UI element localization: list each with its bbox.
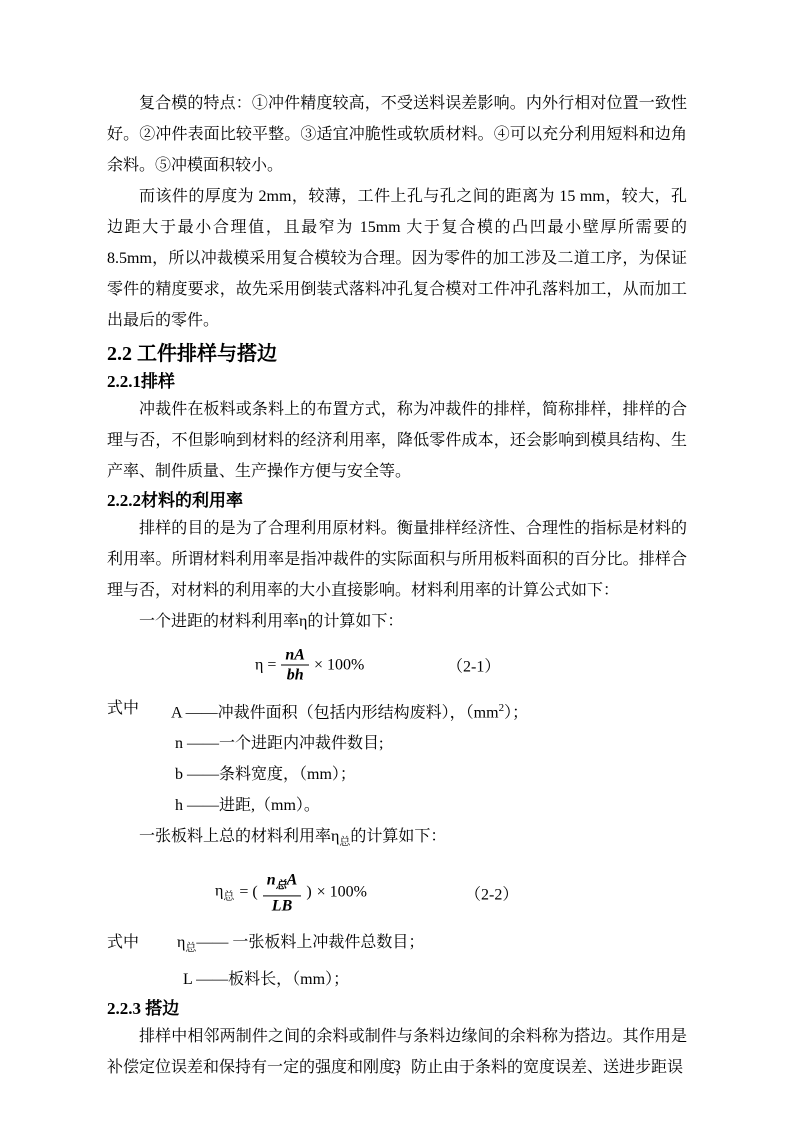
definition-A: 式中 A ——冲裁件面积（包括内形结构废料），（mm2）； [107, 693, 687, 728]
formula-2-1-numerator: nA [281, 646, 309, 665]
definition-label-shizhong: 式中 [107, 693, 139, 724]
paragraph-material-utilization: 排样的目的是为了合理利用原材料。衡量排样经济性、合理性的指标是材料的利用率。所谓… [107, 513, 687, 606]
formula-2-2-number: （2-2） [465, 881, 518, 904]
formula-2-1-fraction: nA bh [281, 646, 309, 685]
definition-eta-total: 式中 η总—— 一张板料上冲裁件总数目； [107, 927, 687, 964]
formula-2-2-lhs: η总 [215, 882, 234, 903]
formula-2-2-expression: η总 = ( n总A LB ) × 100% [215, 870, 367, 915]
formula-2-2-equals-open: = ( [239, 884, 257, 902]
formula2-intro-pre: 一张板料上总的材料利用率η [139, 828, 339, 845]
formula-2-2-num-tail: A [287, 871, 298, 888]
definition-eta-sub: 总 [185, 942, 196, 954]
section-heading-2-2-1: 2.2.1排样 [107, 370, 687, 394]
definition-b: b ——条料宽度，（mm）； [107, 759, 687, 790]
definition-A-tail: ）； [504, 704, 528, 721]
definition-L: L ——板料长，（mm）； [107, 964, 687, 995]
definition-n: n ——一个进距内冲裁件数目; [107, 728, 687, 759]
paragraph-part-thickness-analysis: 而该件的厚度为 2mm，较薄，工件上孔与孔之间的距离为 15 mm，较大，孔边距… [107, 181, 687, 336]
formula-2-2-numerator: n总A [263, 870, 302, 895]
formula2-intro-post: 的计算如下： [350, 828, 446, 845]
paragraph-compound-die-features: 复合模的特点：①冲件精度较高，不受送料误差影响。内外行相对位置一致性好。②冲件表… [107, 88, 687, 181]
formula-2-2-num-base: n [267, 871, 276, 888]
section-heading-2-2: 2.2 工件排样与搭边 [107, 340, 687, 368]
section-heading-2-2-2: 2.2.2材料的利用率 [107, 489, 687, 513]
formula-2-2-fraction: n总A LB [263, 870, 302, 915]
formula-2-1: η = nA bh × 100% （2-1） [107, 643, 687, 687]
section-heading-2-2-3: 2.2.3 搭边 [107, 997, 687, 1021]
definition-h: h ——进距,（mm）。 [107, 790, 687, 821]
formula-2-1-multiplier: × 100% [314, 656, 364, 674]
definition-A-term: A [171, 704, 186, 721]
formula-2-2-multiplier: × 100% [317, 884, 367, 902]
formula-2-2-num-sub: 总 [276, 879, 287, 891]
definition-eta-text: —— 一张板料上冲裁件总数目； [196, 934, 424, 951]
formula-2-2-close-paren: ) [306, 884, 311, 902]
formula2-intro-sub: 总 [339, 837, 350, 849]
definition-A-text: ——冲裁件面积（包括内形结构废料），（mm [186, 704, 499, 721]
formula-2-2-eta-sub: 总 [223, 890, 234, 902]
formula-2-2-denominator: LB [263, 895, 302, 915]
formula-2-1-number: （2-1） [447, 654, 500, 677]
paragraph-formula2-intro: 一张板料上总的材料利用率η总的计算如下： [107, 821, 687, 858]
formula-2-1-expression: η = nA bh × 100% [255, 646, 364, 685]
formula-2-2: η总 = ( n总A LB ) × 100% （2-2） [107, 867, 687, 919]
paragraph-formula1-intro: 一个进距的材料利用率η的计算如下： [107, 606, 687, 637]
formula-2-1-denominator: bh [281, 665, 309, 685]
paragraph-layout-definition: 冲裁件在板料或条料上的布置方式，称为冲裁件的排样，简称排样，排样的合理与否，不但… [107, 394, 687, 487]
definition2-label-shizhong: 式中 [107, 927, 139, 958]
page-number: 3 [0, 1058, 794, 1075]
formula-2-1-lhs: η = [255, 656, 276, 674]
document-page: 复合模的特点：①冲件精度较高，不受送料误差影响。内外行相对位置一致性好。②冲件表… [0, 0, 794, 1123]
